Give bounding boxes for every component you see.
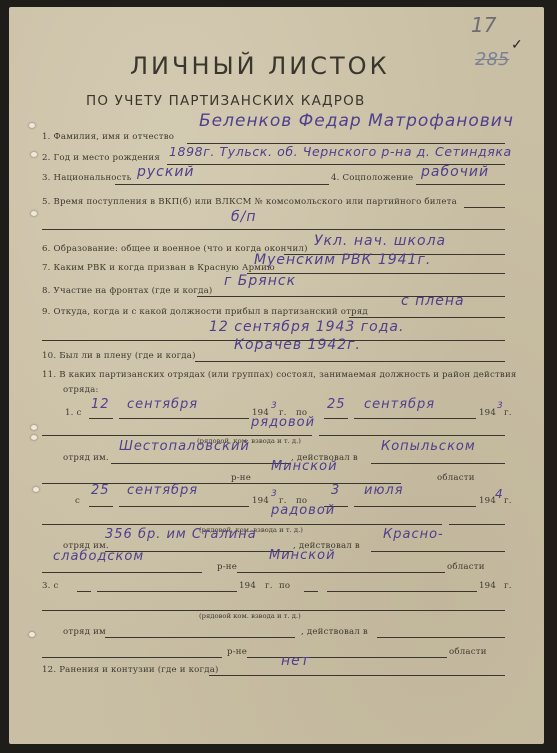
field-5-line-a <box>464 207 505 208</box>
entry-3-to-year-prefix: 194 <box>479 581 496 591</box>
field-4-value: рабочий <box>421 164 489 180</box>
entry-3-to-month-line <box>327 591 477 592</box>
entry-1-otryad-label: отряд им. <box>63 453 109 463</box>
check-mark-icon: ✓ <box>511 37 523 53</box>
entry-2-otryad: 356 бр. им Сталина <box>105 527 257 542</box>
punch-hole <box>31 425 37 430</box>
entry-1-from-day-line <box>89 418 113 419</box>
entry-3-to-label: по <box>279 581 290 591</box>
page-title: ЛИЧНЫЙ ЛИСТОК <box>130 52 390 80</box>
field-6-value: Укл. нач. школа <box>314 233 446 249</box>
field-5-label: 5. Время поступления в ВКП(б) или ВЛКСМ … <box>42 197 457 207</box>
field-4-label: 4. Соцположение <box>331 173 413 183</box>
entry-2-to-month: июля <box>364 483 404 498</box>
field-4-line <box>416 184 505 185</box>
entry-1-to-month-line <box>354 418 476 419</box>
entry-1-num: 1. с <box>65 408 82 418</box>
field-7-value: Муенским РВК 1941г. <box>254 252 431 268</box>
entry-2-oblast-label: области <box>447 562 485 572</box>
entry-2-to-year-suffix: 4 <box>495 487 504 501</box>
entry-3-rayon-label: р-не <box>227 647 247 657</box>
field-2-label: 2. Год и место рождения <box>42 153 160 163</box>
field-10-line <box>195 361 505 362</box>
punch-hole <box>29 632 35 637</box>
entry-1-from-day: 12 <box>91 397 110 412</box>
entry-1-position-line <box>42 435 312 436</box>
entry-1-to-day-line <box>324 418 348 419</box>
entry-3-from-day-line <box>77 591 91 592</box>
punch-hole <box>33 487 39 492</box>
field-3-value: руский <box>137 164 195 180</box>
entry-3-oblast-line <box>247 657 447 658</box>
field-5-value: б/п <box>231 209 257 225</box>
field-7-label: 7. Каким РВК и когда призван в Красную А… <box>42 263 275 273</box>
field-12-line <box>209 675 505 676</box>
entry-3-from-month-line <box>97 591 237 592</box>
entry-1-from-month: сентября <box>127 397 198 412</box>
entry-3-rayon-line <box>42 657 222 658</box>
entry-2-position-line-2 <box>449 524 505 525</box>
entry-2-to-day: 3 <box>331 483 340 498</box>
field-1-label: 1. Фамилия, имя и отчество <box>42 132 174 142</box>
struck-sheet-number: 285 <box>475 49 509 70</box>
entry-1-position: рядовой <box>251 415 315 430</box>
field-2-value: 1898г. Тульск. об. Чернского р-на д. Сет… <box>169 144 512 159</box>
field-8-label: 8. Участие на фронтах (где и когда) <box>42 286 212 296</box>
entry-3-num: 3. с <box>42 581 59 591</box>
field-12-label: 12. Ранения и контузии (где и когда) <box>42 665 219 675</box>
punch-hole <box>31 152 37 157</box>
entry-3-otryad-line <box>105 637 295 638</box>
field-8-value: г Брянск <box>224 273 296 289</box>
entry-1-to-year-prefix: 194 <box>479 408 496 418</box>
entry-1-oblast: Минской <box>271 459 338 474</box>
entry-1-to-day: 25 <box>327 397 346 412</box>
punch-hole <box>31 435 37 440</box>
entry-2-oblast-line <box>237 572 445 573</box>
entry-1-otryad-line <box>111 463 291 464</box>
field-9-label: 9. Откуда, когда и с какой должности при… <box>42 307 368 317</box>
entry-3-otryad-label: отряд им <box>63 627 106 637</box>
field-3-label: 3. Национальность <box>42 173 132 183</box>
entry-2-from-month-line <box>119 506 249 507</box>
entry-1-acted-line <box>371 463 505 464</box>
entry-2-from-day: 25 <box>91 483 110 498</box>
entry-2-position: радовой <box>271 503 335 518</box>
entry-2-acted-in: Красно- <box>383 527 444 542</box>
field-10-value: Корачев 1942г. <box>234 337 361 353</box>
entry-2-acted-line <box>371 551 505 552</box>
entry-2-from-year-prefix: 194 <box>252 496 269 506</box>
entry-1-to-month: сентября <box>364 397 435 412</box>
entry-2-from-day-line <box>89 506 113 507</box>
entry-1-rayon-label: р-не <box>231 473 251 483</box>
field-9-value-2: 12 сентября 1943 года. <box>209 319 404 335</box>
entry-2-num: с <box>75 496 80 506</box>
entry-2-to-year-unit: г. <box>504 496 512 506</box>
entry-1-otryad: Шестопаловский <box>119 439 250 454</box>
punch-hole <box>31 211 37 216</box>
entry-2-from-month: сентября <box>127 483 198 498</box>
field-12-value: нет <box>281 653 310 669</box>
entry-3-acted-line <box>377 637 505 638</box>
punch-hole <box>29 123 35 128</box>
entry-2-from-year-suffix: 3 <box>271 489 278 499</box>
document-sheet: 17 285 ✓ ЛИЧНЫЙ ЛИСТОК ПО УЧЕТУ ПАРТИЗАН… <box>9 7 544 744</box>
entry-2-acted-in-2: слабодском <box>53 549 144 564</box>
entry-2-rayon-line <box>42 572 202 573</box>
field-5-line-b <box>42 229 505 230</box>
field-9-line-a <box>349 317 505 318</box>
field-10-label: 10. Был ли в плену (где и когда) <box>42 351 196 361</box>
field-11-label-2: отряда: <box>63 385 99 395</box>
entry-1-position-line-2 <box>319 435 505 436</box>
field-9-value-1: с плена <box>401 293 465 309</box>
sheet-number: 17 <box>471 13 496 37</box>
entry-3-position-hint: (рядовой ком. взвода и т. д.) <box>199 612 301 620</box>
entry-2-to-year-prefix: 194 <box>479 496 496 506</box>
entry-1-to-year-unit: г. <box>504 408 512 418</box>
entry-3-position-line <box>42 610 505 611</box>
entry-2-oblast: Минской <box>269 548 336 563</box>
entry-2-to-month-line <box>354 506 476 507</box>
entry-3-year-unit: г. <box>265 581 273 591</box>
entry-3-oblast-label: области <box>449 647 487 657</box>
entry-3-to-year-unit: г. <box>504 581 512 591</box>
entry-1-oblast-label: области <box>437 473 475 483</box>
entry-1-from-year-suffix: 3 <box>271 401 278 411</box>
entry-2-rayon-label: р-не <box>217 562 237 572</box>
entry-1-acted-in: Копыльском <box>381 439 476 454</box>
page-subtitle: ПО УЧЕТУ ПАРТИЗАНСКИХ КАДРОВ <box>86 93 365 109</box>
field-1-value: Беленков Федар Матрофанович <box>199 111 514 131</box>
field-3-line <box>115 184 329 185</box>
entry-3-acted-label: , действовал в <box>301 627 368 637</box>
entry-1-from-month-line <box>119 418 249 419</box>
entry-3-to-day-line <box>304 591 318 592</box>
entry-2-position-line <box>42 524 442 525</box>
entry-3-from-year-prefix: 194 <box>239 581 256 591</box>
field-11-label: 11. В каких партизанских отрядах (или гр… <box>42 370 517 380</box>
entry-1-to-year-suffix: 3 <box>497 401 504 411</box>
